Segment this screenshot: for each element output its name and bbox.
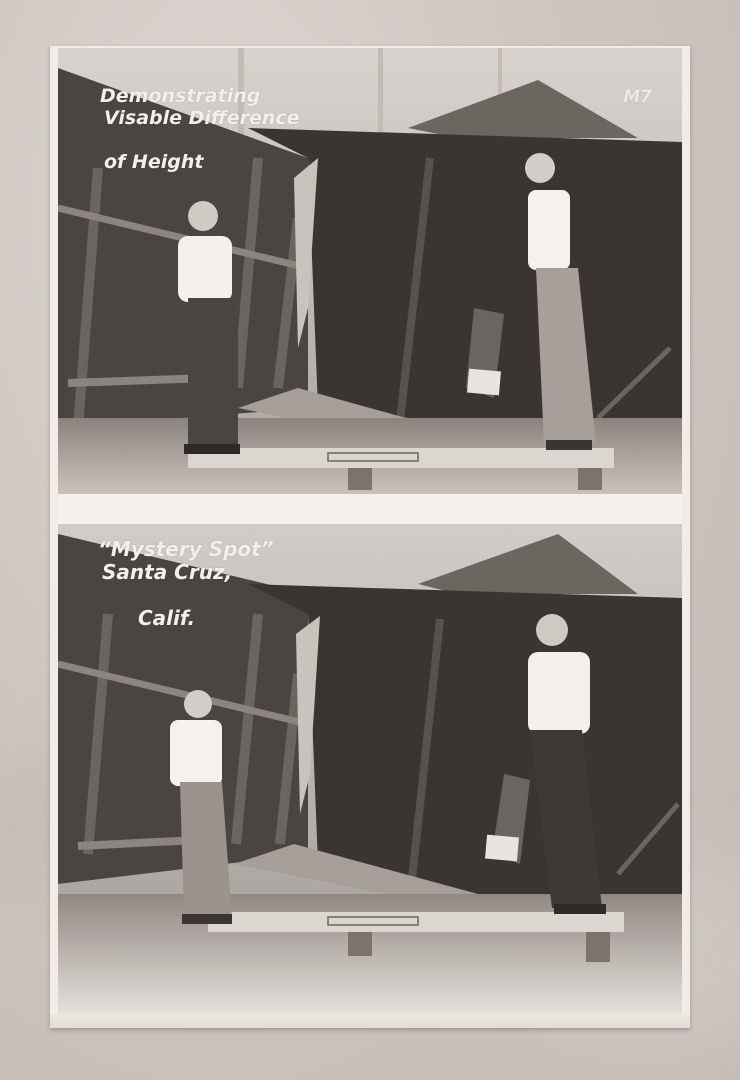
- card-bottom-edge: [50, 1014, 690, 1028]
- series-mark: M7: [623, 88, 652, 108]
- bottom-photo: “Mystery Spot” Santa Cruz, Calif.: [58, 524, 682, 1014]
- caption-line-1: “Mystery Spot”: [98, 537, 274, 561]
- postcard: Demonstrating Visable Difference of Heig…: [50, 46, 690, 1028]
- caption-line-2: Visable Difference: [100, 108, 300, 130]
- caption-line-3: Calif.: [98, 607, 274, 630]
- caption-line-2: Santa Cruz,: [98, 561, 274, 584]
- bottom-caption: “Mystery Spot” Santa Cruz, Calif.: [98, 538, 274, 630]
- caption-line-1: Demonstrating: [100, 85, 260, 107]
- top-photo: Demonstrating Visable Difference of Heig…: [58, 48, 682, 494]
- caption-line-3: of Height: [100, 152, 300, 174]
- photo-divider: [58, 494, 682, 524]
- top-caption: Demonstrating Visable Difference of Heig…: [100, 86, 300, 173]
